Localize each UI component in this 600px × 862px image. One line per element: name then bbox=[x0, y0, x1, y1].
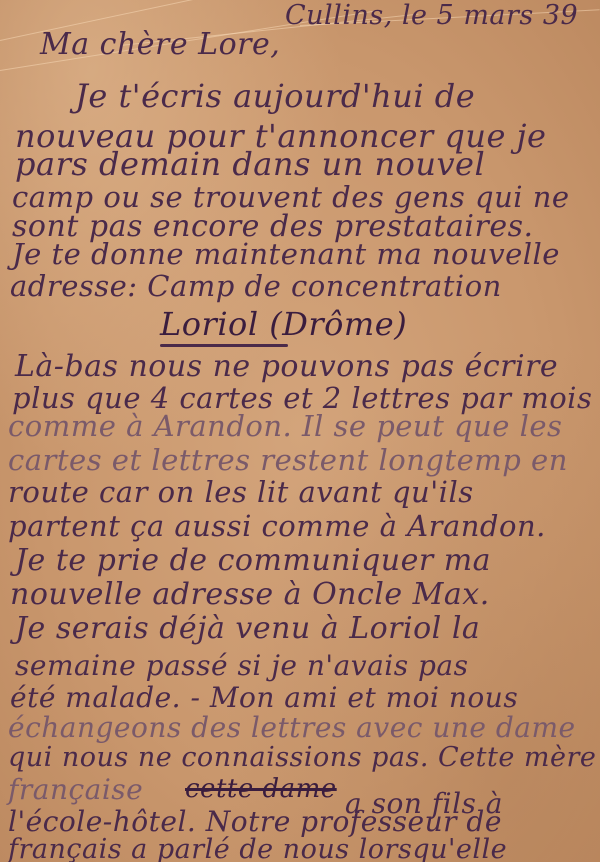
letter-line: français a parlé de nous lorsqu'elle bbox=[8, 836, 507, 862]
letter-line: semaine passé si je n'avais pas bbox=[15, 652, 469, 680]
letter-line: Là-bas nous ne pouvons pas écrire bbox=[15, 352, 558, 382]
letter-body: Cullins, le 5 mars 39 Ma chère Lore, Je … bbox=[0, 0, 600, 862]
letter-line: nouvelle adresse à Oncle Max. bbox=[10, 580, 490, 610]
letter-line: Je te donne maintenant ma nouvelle bbox=[12, 240, 560, 269]
location-underline bbox=[160, 344, 288, 347]
letter-line: comme à Arandon. Il se peut que les bbox=[8, 412, 562, 441]
letter-line: été malade. - Mon ami et moi nous bbox=[10, 684, 518, 712]
letter-line: cartes et lettres restent longtemp en bbox=[8, 446, 568, 475]
letter-line: Je serais déjà venu à Loriol la bbox=[15, 614, 480, 644]
struck-through-text: cette dame bbox=[185, 776, 337, 802]
letter-paper: Cullins, le 5 mars 39 Ma chère Lore, Je … bbox=[0, 0, 600, 862]
letter-line: Je te prie de communiquer ma bbox=[15, 546, 491, 576]
letter-line: pars demain dans un nouvel bbox=[15, 148, 485, 180]
letter-line: adresse: Camp de concentration bbox=[10, 272, 502, 301]
camp-location: Loriol (Drôme) bbox=[160, 308, 407, 340]
letter-line: Je t'écris aujourd'hui de bbox=[75, 80, 475, 112]
letter-line: échangeons des lettres avec une dame bbox=[8, 714, 576, 742]
letter-line: qui nous ne connaissions pas. Cette mère bbox=[8, 744, 596, 771]
letter-line: l'école-hôtel. Notre professeur de bbox=[8, 808, 502, 836]
letter-line: partent ça aussi comme à Arandon. bbox=[8, 512, 546, 541]
salutation: Ma chère Lore, bbox=[40, 30, 280, 60]
place-date: Cullins, le 5 mars 39 bbox=[285, 2, 578, 29]
letter-line: française bbox=[8, 776, 143, 804]
letter-line: route car on les lit avant qu'ils bbox=[8, 478, 474, 507]
letter-line: camp ou se trouvent des gens qui ne bbox=[12, 183, 570, 212]
